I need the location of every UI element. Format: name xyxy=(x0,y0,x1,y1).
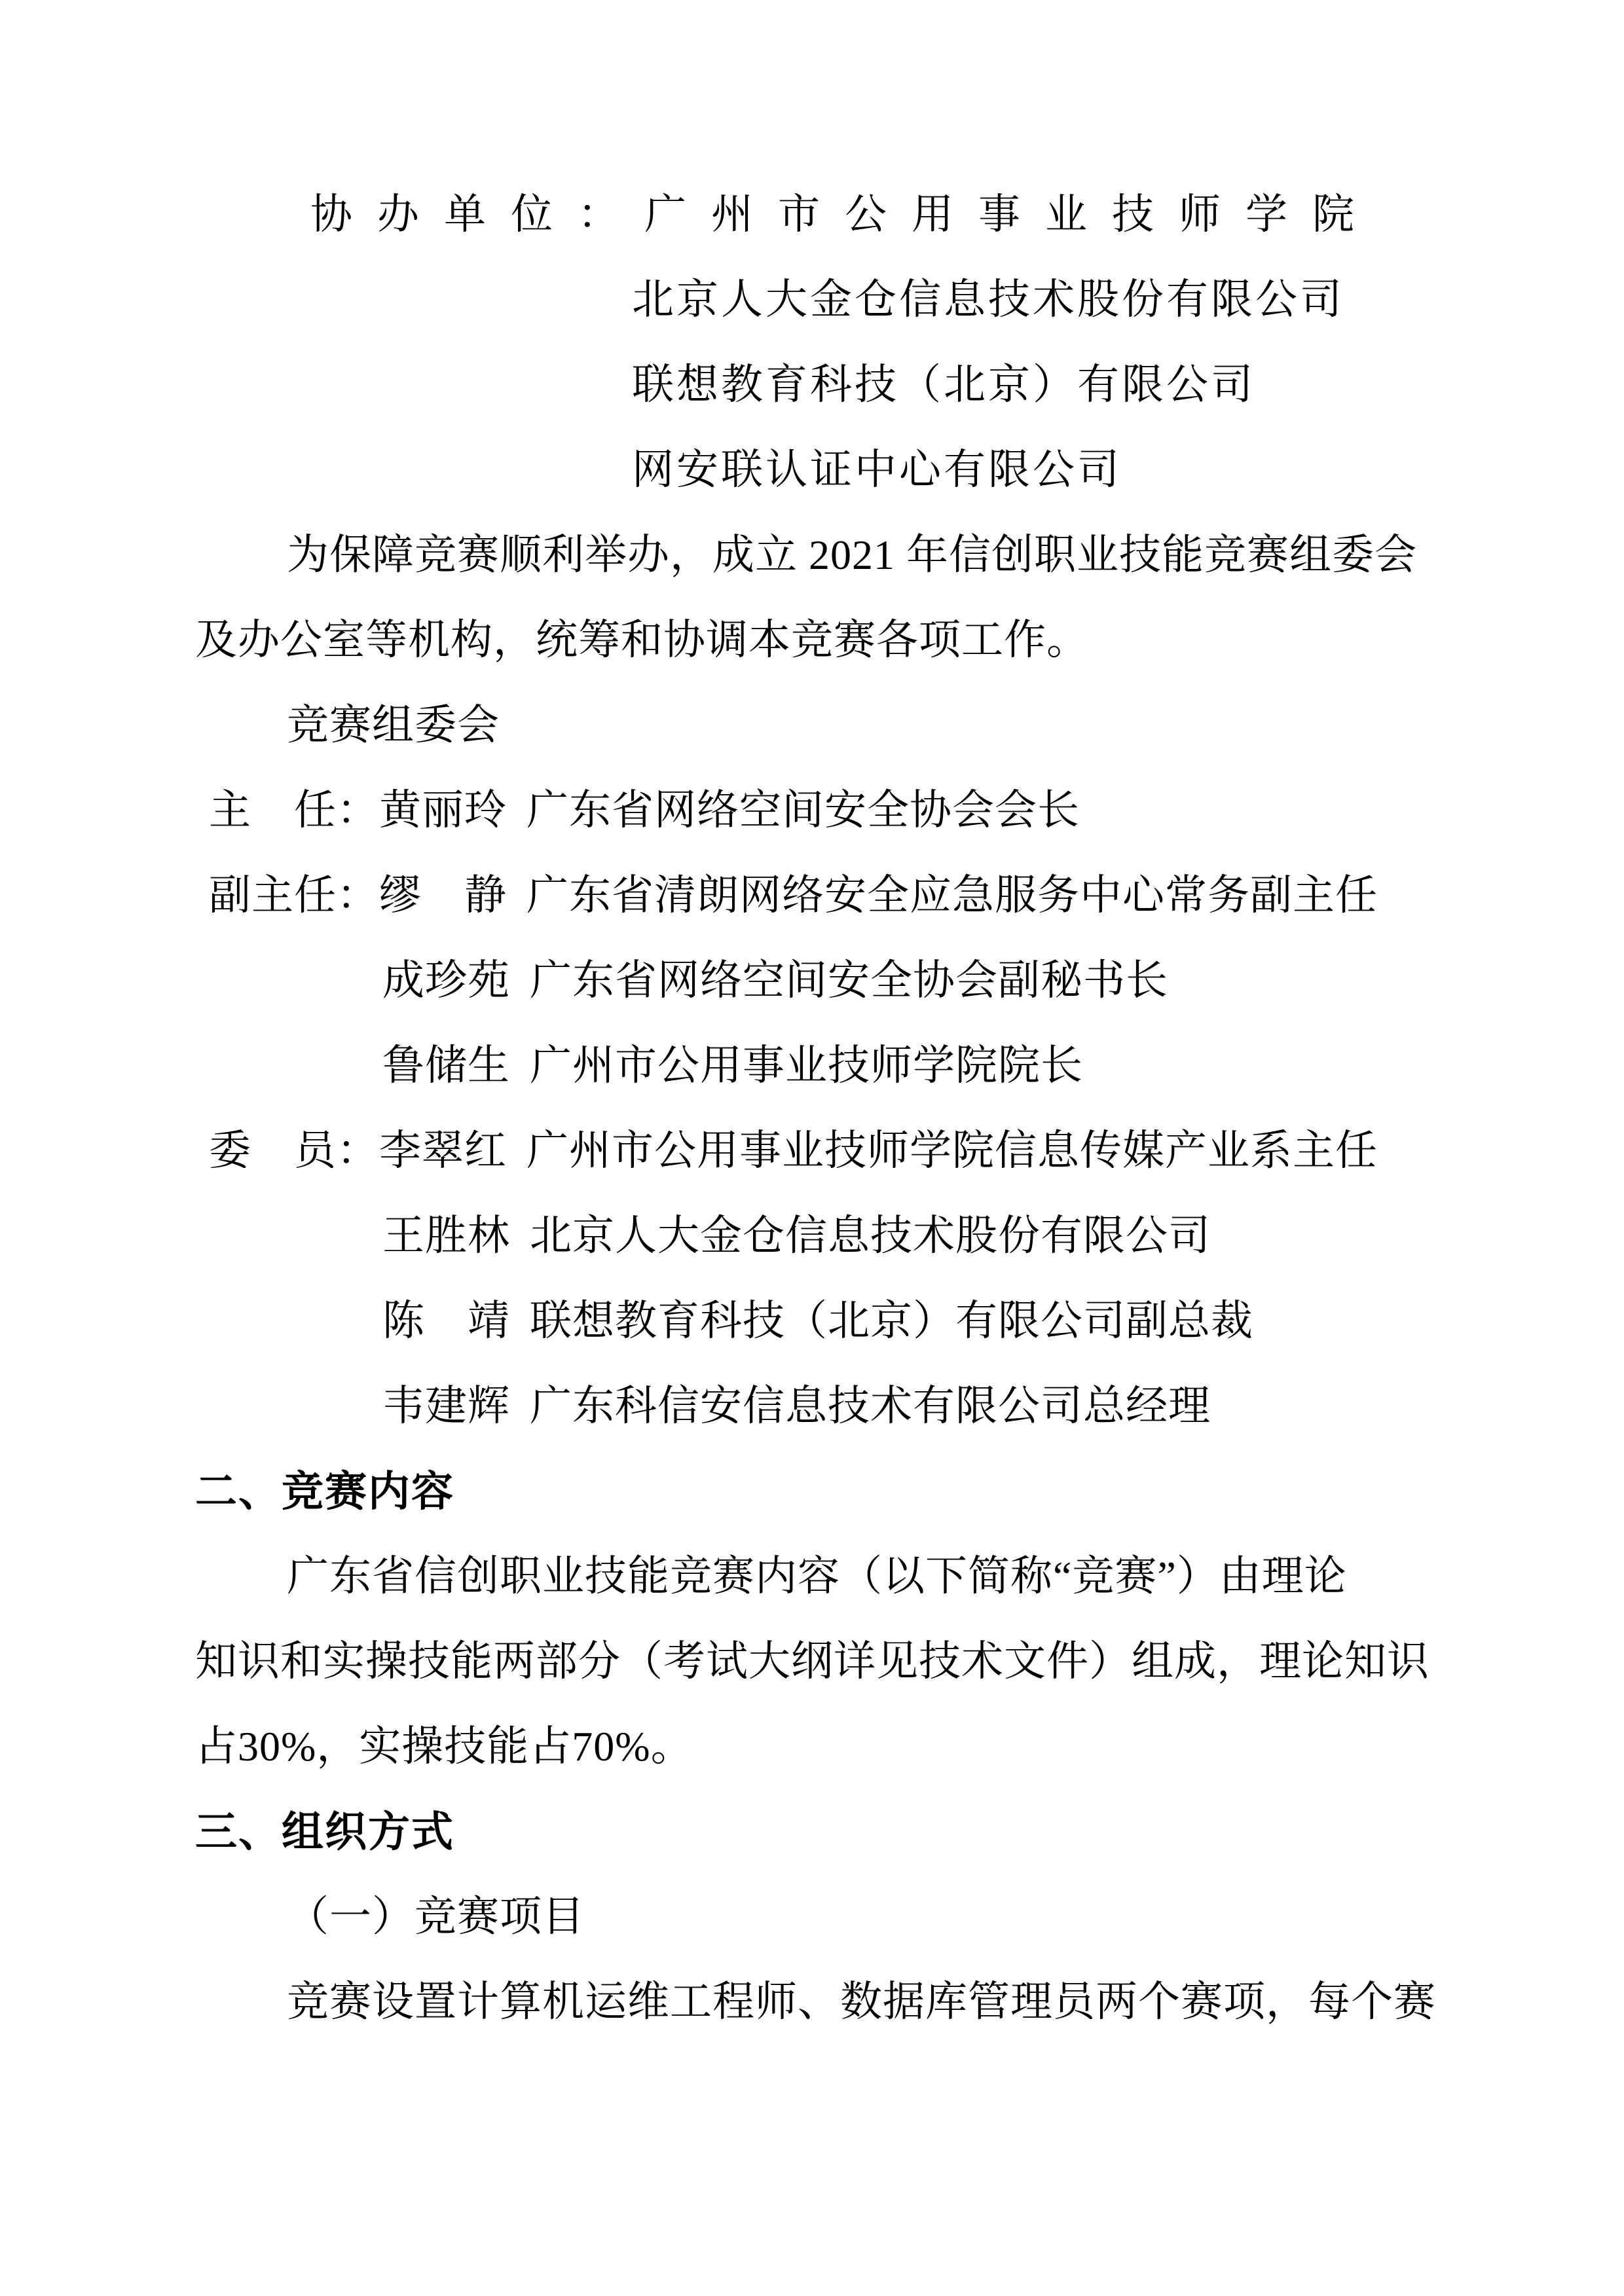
committee-member-org: 广东科信安信息技术有限公司总经理 xyxy=(530,1383,1211,1429)
co-organizer-line: 协办单位：广州市公用事业技师学院 xyxy=(310,172,1434,257)
committee-row: 鲁储生广州市公用事业技师学院院长 xyxy=(382,1023,1434,1108)
section2-paragraph-line: 占30%，实操技能占70%。 xyxy=(195,1704,1434,1789)
committee-member-name: 陈 靖 xyxy=(382,1298,510,1344)
section-heading-3: 三、组织方式 xyxy=(195,1789,1434,1874)
section-heading-2: 二、竞赛内容 xyxy=(195,1449,1434,1534)
committee-member-org: 广州市公用事业技师学院信息传媒产业系主任 xyxy=(526,1127,1378,1174)
committee-member-org: 联想教育科技（北京）有限公司副总裁 xyxy=(530,1298,1253,1344)
committee-member-name: 黄丽玲 xyxy=(379,787,507,833)
committee-member-org: 广州市公用事业技师学院院长 xyxy=(530,1042,1083,1089)
committee-role-label: 委 员： xyxy=(209,1127,379,1174)
section3-subheading: （一）竞赛项目 xyxy=(287,1874,1434,1959)
committee-member-name: 韦建辉 xyxy=(382,1383,510,1429)
committee-row: 王胜林北京人大金仓信息技术股份有限公司 xyxy=(382,1194,1434,1279)
committee-row: 韦建辉广东科信安信息技术有限公司总经理 xyxy=(382,1364,1434,1449)
section2-paragraph-line: 广东省信创职业技能竞赛内容（以下简称“竞赛”）由理论 xyxy=(287,1534,1434,1619)
intro-paragraph-line: 及办公室等机构，统筹和协调本竞赛各项工作。 xyxy=(195,598,1434,683)
committee-member-org: 广东省清朗网络安全应急服务中心常务副主任 xyxy=(526,872,1378,919)
committee-member-org: 北京人大金仓信息技术股份有限公司 xyxy=(530,1212,1211,1259)
document-page: 协办单位：广州市公用事业技师学院 北京人大金仓信息技术股份有限公司 联想教育科技… xyxy=(0,0,1624,2296)
committee-row: 副主任：缪 静广东省清朗网络安全应急服务中心常务副主任 xyxy=(209,853,1434,938)
committee-role-label: 副主任： xyxy=(209,872,379,919)
section2-paragraph-line: 知识和实操技能两部分（考试大纲详见技术文件）组成，理论知识 xyxy=(195,1619,1434,1704)
committee-member-name: 成珍苑 xyxy=(382,957,510,1004)
committee-row: 陈 靖联想教育科技（北京）有限公司副总裁 xyxy=(382,1279,1434,1364)
committee-title: 竞赛组委会 xyxy=(287,683,1434,768)
committee-row: 主 任：黄丽玲广东省网络空间安全协会会长 xyxy=(209,768,1434,853)
committee-member-org: 广东省网络空间安全协会副秘书长 xyxy=(530,957,1168,1004)
intro-paragraph-line: 为保障竞赛顺利举办，成立 2021 年信创职业技能竞赛组委会 xyxy=(287,513,1434,598)
committee-row: 成珍苑广东省网络空间安全协会副秘书长 xyxy=(382,938,1434,1023)
section3-paragraph-line: 竞赛设置计算机运维工程师、数据库管理员两个赛项，每个赛 xyxy=(287,1959,1434,2045)
committee-member-name: 鲁储生 xyxy=(382,1042,510,1089)
committee-member-name: 李翠红 xyxy=(379,1127,507,1174)
committee-row: 委 员：李翠红广州市公用事业技师学院信息传媒产业系主任 xyxy=(209,1108,1434,1194)
co-organizer-item: 联想教育科技（北京）有限公司 xyxy=(632,342,1434,428)
committee-role-label: 主 任： xyxy=(209,787,379,833)
committee-member-name: 缪 静 xyxy=(379,872,507,919)
committee-member-org: 广东省网络空间安全协会会长 xyxy=(526,787,1080,833)
co-organizer-item: 网安联认证中心有限公司 xyxy=(632,428,1434,513)
committee-member-name: 王胜林 xyxy=(382,1212,510,1259)
co-organizer-item: 北京人大金仓信息技术股份有限公司 xyxy=(632,257,1434,342)
